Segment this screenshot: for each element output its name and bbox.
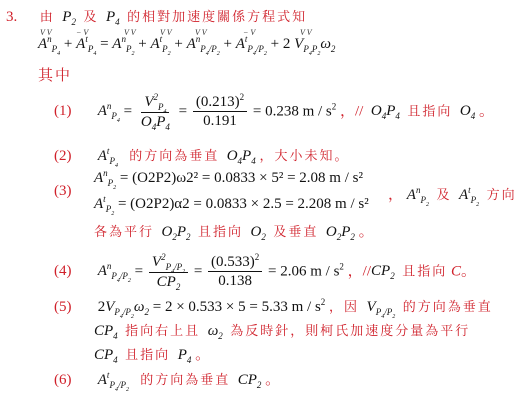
intro-suffix: 的相對加速度關係方程式知 [127,10,307,25]
main-equation: V V − V V V V V V V − V V V AnP4 + AtP4 … [38,36,335,54]
item-5-line2: CP4 指向右上且 ω2 為反時針，則柯氏加速度分量為平行 [94,320,470,340]
item-3-label: (3) [54,183,72,200]
where-label: 其中 [38,64,72,85]
intro-prefix: 由 [40,10,55,25]
item-3-note: ， AnP2 及 AtP2 方向 [388,183,517,205]
item-5-line3: CP4 且指向 P4 。 [94,343,210,364]
item-6: (6) AtP4/P2 的方向為垂直 CP2 。 [54,368,280,390]
item-1: (1) AnP4 = V2P4O4P4 = (0.213)20.191 = 0.… [54,93,494,131]
item-2: (2) AtP4 的方向為垂直 O4P4 ，大小未知。 [54,145,349,166]
symbol-p2: P2 [62,9,76,25]
symbol-p4: P4 [106,9,120,25]
item-5: (5) 2VP4/P2ω2 = 2 × 0.533 × 5 = 5.33 m /… [54,296,493,317]
intro-and: 及 [83,10,98,25]
problem-intro: 3. 由 P2 及 P4 的相對加速度關係方程式知 [6,6,307,26]
item-3-line2: 各為平行 O2P2 且指向 O2 及垂直 O2P2 。 [94,220,374,241]
item-4: (4) AnP4/P2 = V2P4/P2CP2 = (0.533)20.138… [54,253,476,291]
problem-number: 3. [6,9,36,26]
item-3-eq1: AnP2 = (O2P2)ω2² = 0.0833 × 5² = 2.08 m … [94,170,363,188]
item-1-label: (1) [54,103,94,120]
item-3-eq2: AtP2 = (O2P2)α2 = 0.0833 × 2.5 = 2.208 m… [94,196,369,214]
